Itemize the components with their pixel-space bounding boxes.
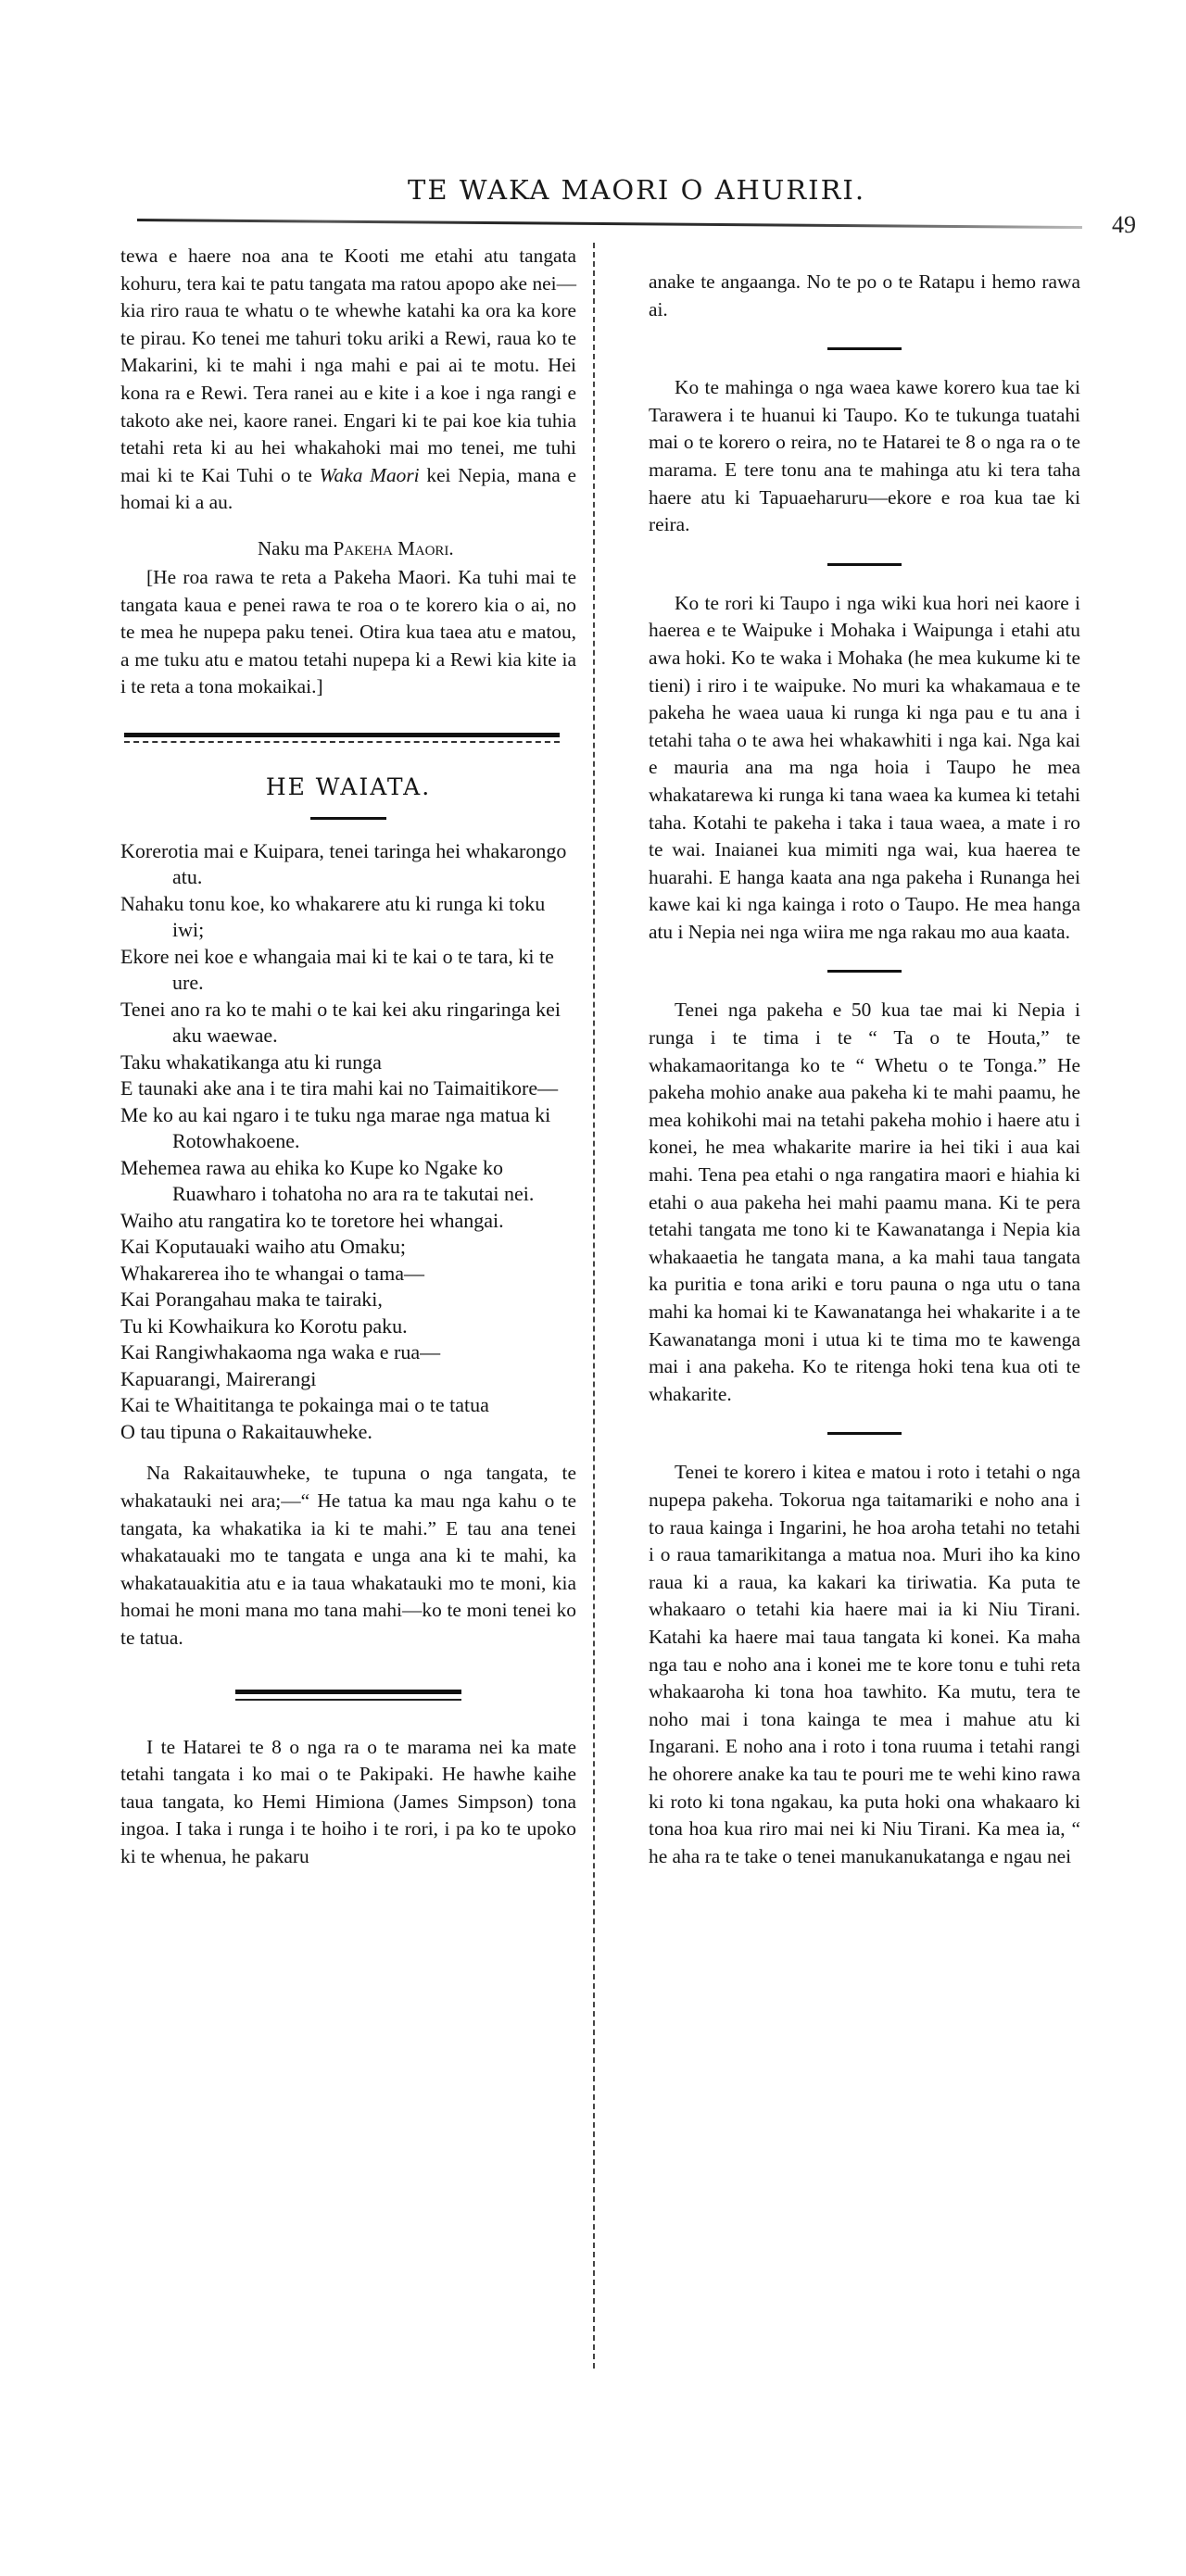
taupo-road-paragraph: Ko te rori ki Taupo i nga wiki kua hori … xyxy=(649,590,1080,947)
editor-note: [He roa rawa te reta a Pakeha Maori. Ka … xyxy=(120,564,576,701)
poem-line: O tau tipuna o Rakaitauwheke. xyxy=(120,1419,576,1446)
letter-continuation: tewa e haere noa ana te Kooti me etahi a… xyxy=(120,243,576,517)
signature-name: Pakeha Maori. xyxy=(334,537,454,559)
section-rule xyxy=(124,733,560,746)
letter-signature: Naku ma Pakeha Maori. xyxy=(258,537,576,560)
story-paragraph: Tenei te korero i kitea e matou i roto i… xyxy=(649,1459,1080,1870)
poem-line: Me ko au kai ngaro i te tuku nga marae n… xyxy=(120,1102,576,1155)
poem-line: Ekore nei koe e whangaia mai ki te kai o… xyxy=(120,944,576,997)
newspaper-page: TE WAKA MAORI O AHURIRI. 49 tewa e haere… xyxy=(0,0,1186,2576)
poem-line: Waiho atu rangatira ko te toretore hei w… xyxy=(120,1208,576,1235)
poem-line: Tu ki Kowhaikura ko Korotu paku. xyxy=(120,1313,576,1340)
left-column: tewa e haere noa ana te Kooti me etahi a… xyxy=(120,243,576,1871)
masthead-title: TE WAKA MAORI O AHURIRI. xyxy=(408,174,865,206)
poem-line: Mehemea rawa au ehika ko Kupe ko Ngake k… xyxy=(120,1155,576,1208)
poem-line: Nahaku tonu koe, ko whakarere atu ki run… xyxy=(120,891,576,944)
poem-line: Kai Rangiwhakaoma nga waka e rua— xyxy=(120,1339,576,1366)
death-report-paragraph: I te Hatarei te 8 o nga ra o te marama n… xyxy=(120,1734,576,1871)
immigrants-paragraph: Tenei nga pakeha e 50 kua tae mai ki Nep… xyxy=(649,997,1080,1408)
poem-line: Kai te Whaititanga te pokainga mai o te … xyxy=(120,1392,576,1419)
spacer xyxy=(120,1445,576,1460)
separator-rule xyxy=(827,347,902,350)
poem-line: Taku whakatikanga atu ki runga xyxy=(120,1049,576,1076)
right-column: anake te angaanga. No te po o te Ratapu … xyxy=(649,269,1080,1870)
title-rule xyxy=(310,817,386,820)
poem-title: HE WAIATA. xyxy=(120,773,576,800)
poem-line: E taunaki ake ana i te tira mahi kai no … xyxy=(120,1075,576,1102)
poem-line: Tenei ano ra ko te mahi o te kai kei aku… xyxy=(120,997,576,1049)
poem-line: Kai Koputauaki waiho atu Omaku; xyxy=(120,1234,576,1261)
separator-rule xyxy=(827,563,902,566)
page-number: 49 xyxy=(1112,211,1136,239)
newspaper-name-italic: Waka Maori xyxy=(320,464,420,486)
proverb-paragraph: Na Rakaitauwheke, te tupuna o nga tangat… xyxy=(120,1460,576,1652)
death-report-continuation: anake te angaanga. No te po o te Ratapu … xyxy=(649,269,1080,323)
poem-line: Kapuarangi, Mairerangi xyxy=(120,1366,576,1393)
column-divider xyxy=(593,243,595,2369)
header-rule xyxy=(137,219,1082,229)
poem-line: Korerotia mai e Kuipara, tenei taringa h… xyxy=(120,838,576,891)
separator-rule xyxy=(827,970,902,973)
letter-text: tewa e haere noa ana te Kooti me etahi a… xyxy=(120,245,576,486)
poem-line: Whakarerea iho te whangai o tama— xyxy=(120,1261,576,1288)
poem: Korerotia mai e Kuipara, tenei taringa h… xyxy=(120,838,576,1446)
telegraph-paragraph: Ko te mahinga o nga waea kawe korero kua… xyxy=(649,374,1080,539)
separator-rule xyxy=(827,1432,902,1435)
signature-prefix: Naku ma xyxy=(258,537,334,559)
poem-line: Kai Porangahau maka te tairaki, xyxy=(120,1287,576,1313)
double-rule xyxy=(235,1690,461,1703)
